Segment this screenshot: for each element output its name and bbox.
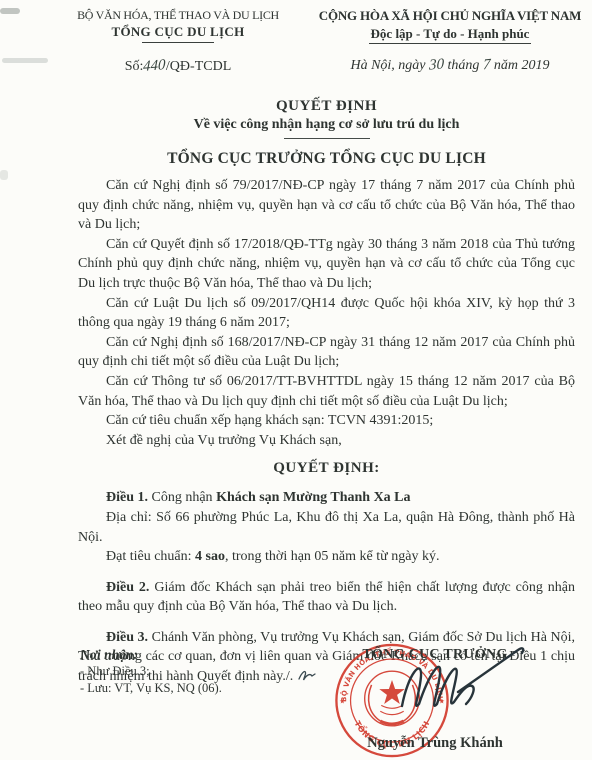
national-motto: Độc lập - Tự do - Hạnh phúc (369, 26, 532, 44)
article-2: Điều 2. Giám đốc Khách sạn phải treo biể… (78, 578, 575, 617)
article-1: Điều 1. Công nhận Khách sạn Mường Thanh … (78, 488, 575, 566)
date-mid: tháng (448, 58, 480, 73)
operative-heading: QUYẾT ĐỊNH: (78, 460, 575, 477)
preamble-paragraph: Căn cứ Luật Du lịch số 09/2017/QH14 được… (78, 294, 575, 333)
document-number: Số:440/QĐ-TCDL (52, 58, 304, 75)
document-header: BỘ VĂN HÓA, THỂ THAO VÀ DU LỊCH TỔNG CỤC… (0, 0, 592, 75)
agency-name: TỔNG CỤC DU LỊCH (52, 24, 304, 40)
ministry-name: BỘ VĂN HÓA, THỂ THAO VÀ DU LỊCH (52, 8, 304, 23)
article-2-label: Điều 2. (106, 580, 149, 595)
preamble-paragraph: Xét đề nghị của Vụ trưởng Vụ Khách sạn, (78, 431, 575, 451)
article-2-text: Điều 2. Giám đốc Khách sạn phải treo biể… (78, 578, 575, 617)
preamble-paragraph: Căn cứ Quyết định số 17/2018/QĐ-TTg ngày… (78, 235, 575, 294)
hotel-address: Địa chỉ: Số 66 phường Phúc La, Khu đô th… (78, 508, 575, 547)
national-motto-block: CỘNG HÒA XÃ HỘI CHỦ NGHĨA VIỆT NAM Độc l… (316, 8, 584, 75)
preamble-paragraph: Căn cứ tiêu chuẩn xếp hạng khách sạn: TC… (78, 411, 575, 431)
legal-basis-preamble: Căn cứ Nghị định số 79/2017/NĐ-CP ngày 1… (78, 176, 575, 450)
hotel-name: Khách sạn Mường Thanh Xa La (216, 490, 410, 505)
document-type-title: QUYẾT ĐỊNH (78, 98, 575, 115)
date-post: năm 2019 (494, 58, 550, 73)
doc-number-prefix: Số: (125, 59, 144, 74)
signer-name: Nguyễn Trùng Khánh (325, 735, 545, 752)
recipients-label: Nơi nhận: (80, 646, 222, 663)
document-subject: Về việc công nhận hạng cơ sở lưu trú du … (78, 117, 575, 133)
emblem-cog (380, 721, 403, 724)
recipient-item: - Lưu: VT, Vụ KS, NQ (06). (80, 680, 222, 697)
handwritten-paraph-icon (297, 668, 317, 682)
article-1-label: Điều 1. (106, 490, 148, 505)
standard-post: , trong thời hạn 05 năm kể từ ngày ký. (225, 549, 439, 564)
date-pre: Hà Nội, ngày (350, 58, 425, 73)
document-body: QUYẾT ĐỊNH Về việc công nhận hạng cơ sở … (0, 98, 592, 687)
issuing-agency-block: BỘ VĂN HÓA, THỂ THAO VÀ DU LỊCH TỔNG CỤC… (52, 8, 304, 75)
month-handwritten: 7 (483, 57, 491, 75)
subject-underline (284, 138, 370, 139)
hotel-standard: Đạt tiêu chuẩn: 4 sao, trong thời hạn 05… (78, 547, 575, 567)
article-2-body: Giám đốc Khách sạn phải treo biển thể hi… (78, 580, 575, 615)
stamp-star-separator-left: ★ (339, 697, 345, 705)
country-name: CỘNG HÒA XÃ HỘI CHỦ NGHĨA VIỆT NAM (316, 8, 584, 24)
article-3-label: Điều 3. (106, 630, 148, 645)
preamble-paragraph: Căn cứ Nghị định số 79/2017/NĐ-CP ngày 1… (78, 176, 575, 235)
article-1-lead-text: Công nhận (148, 490, 216, 505)
doc-number-handwritten: 440 (143, 57, 166, 76)
scanned-decision-document: BỘ VĂN HÓA, THỂ THAO VÀ DU LỊCH TỔNG CỤC… (0, 0, 592, 760)
article-1-lead: Điều 1. Công nhận Khách sạn Mường Thanh … (78, 488, 575, 508)
recipients-block: Nơi nhận: - Như Điều 3; - Lưu: VT, Vụ KS… (80, 646, 222, 697)
doc-number-suffix: /QĐ-TCDL (166, 59, 231, 74)
issuer-title: TỔNG CỤC TRƯỞNG TỔNG CỤC DU LỊCH (78, 150, 575, 168)
recipient-item: - Như Điều 3; (80, 663, 222, 680)
place-and-date: Hà Nội, ngày 30 tháng 7 năm 2019 (316, 57, 584, 74)
agency-underline (142, 42, 214, 43)
day-handwritten: 30 (429, 56, 444, 74)
star-rating: 4 sao (195, 549, 225, 564)
standard-pre: Đạt tiêu chuẩn: (106, 549, 195, 564)
signer-title: TỔNG CỤC TRƯỞNG (325, 647, 545, 663)
preamble-paragraph: Căn cứ Thông tư số 06/2017/TT-BVHTTDL ng… (78, 372, 575, 411)
preamble-paragraph: Căn cứ Nghị định số 168/2017/NĐ-CP ngày … (78, 333, 575, 372)
